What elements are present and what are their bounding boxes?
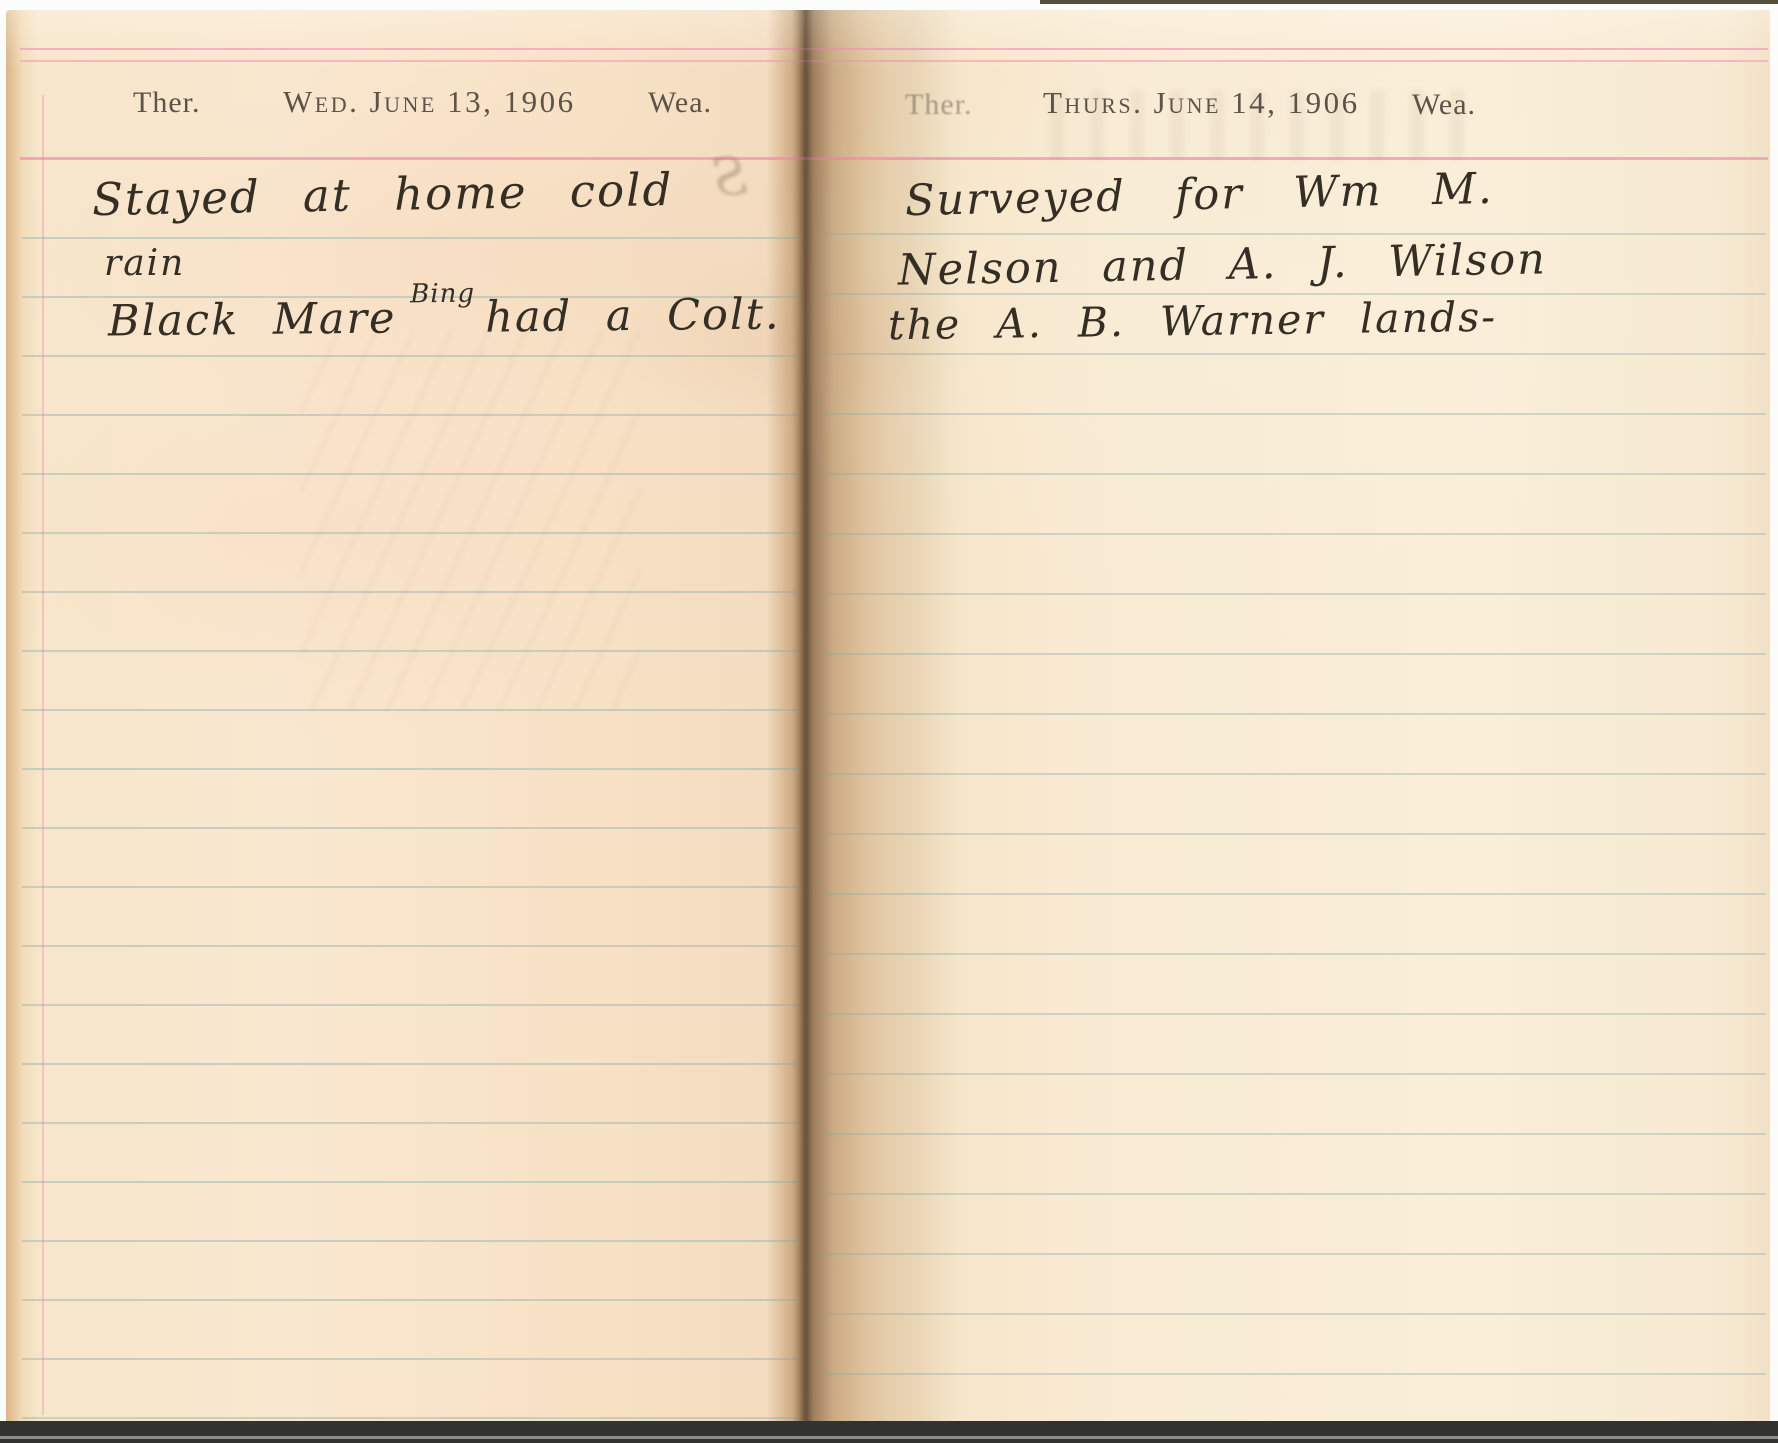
inserted-word-above-line: Bing <box>410 279 475 310</box>
handwritten-entry-line: the A. B. Warner lands- <box>888 293 1498 349</box>
wea-label-right: Wea. <box>1412 88 1476 122</box>
handwritten-entry-line: rain <box>104 243 185 284</box>
entry-line3-after: had a Colt. <box>485 289 781 342</box>
book-edge-top-line <box>1040 0 1778 4</box>
closed-pages-bottom-edge <box>0 1421 1778 1443</box>
ther-label-right: Ther. <box>905 88 972 122</box>
entry-line3-before: Black Mare <box>108 294 397 347</box>
date-heading-right: Thurs. June 14, 1906 <box>1043 85 1360 121</box>
date-heading-left: Wed. June 13, 1906 <box>283 84 576 120</box>
wea-label-left: Wea. <box>648 86 712 120</box>
handwritten-entry-line: Stayed at home cold <box>92 163 674 226</box>
ther-label-left: Ther. <box>133 86 200 120</box>
diary-scan: S Ther. Wed. June 13, 1906 Wea. Stayed a… <box>0 0 1778 1443</box>
closed-pages-bottom-highlight <box>0 1436 1778 1439</box>
handwritten-entry-line: Black MareBinghad a Colt. <box>108 289 781 346</box>
